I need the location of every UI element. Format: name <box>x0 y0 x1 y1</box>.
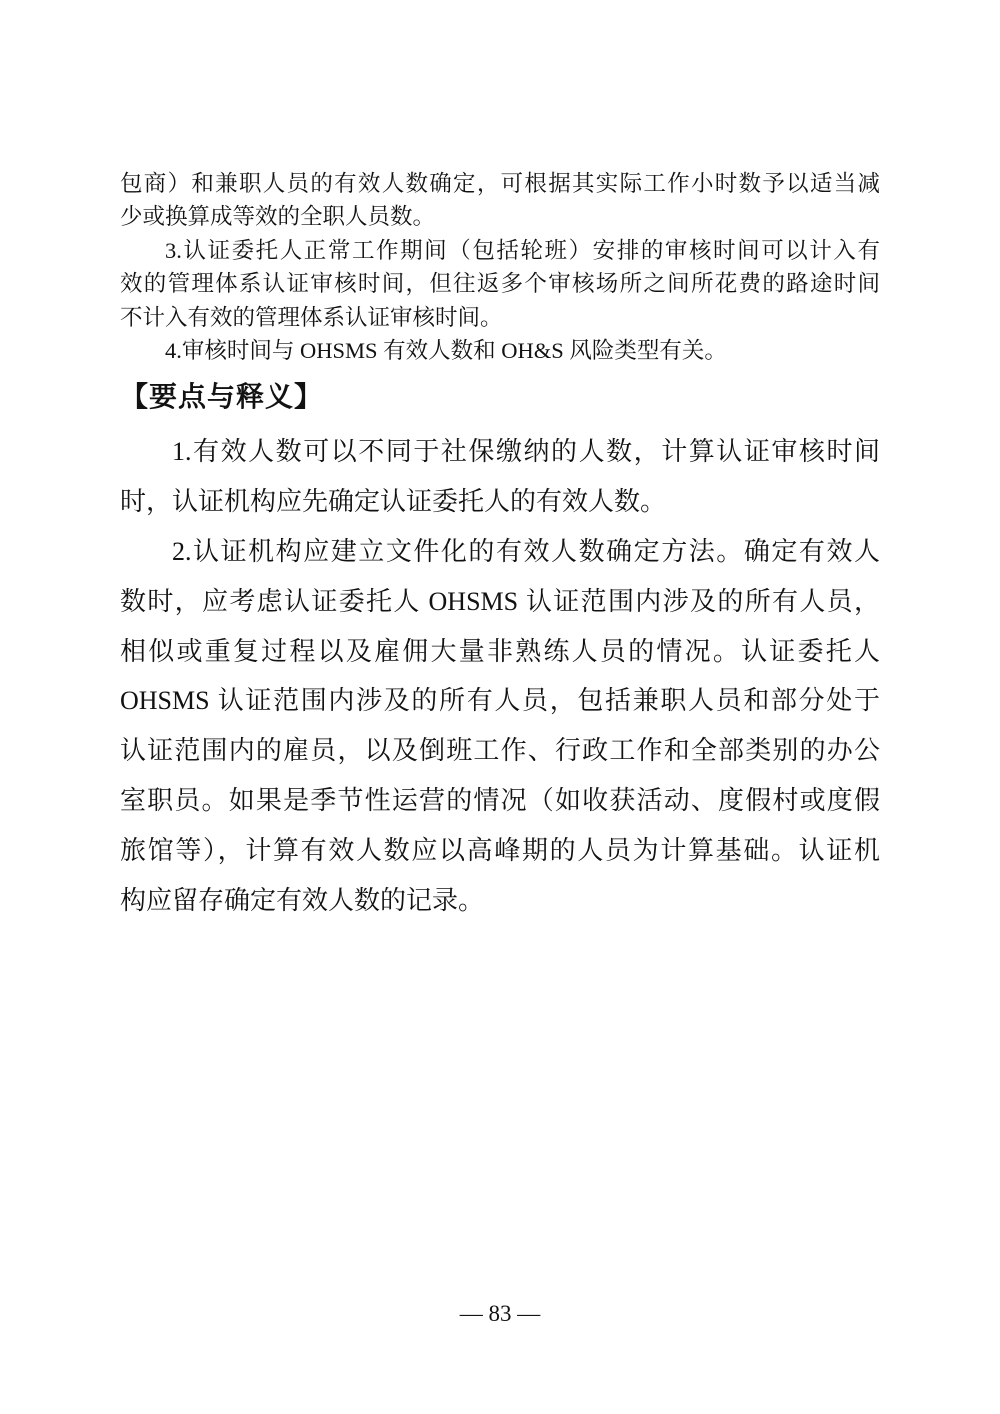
body-line: 效的管理体系认证审核时间，但往返多个审核场所之间所花费的路途时间 <box>120 267 880 300</box>
document-page: 包商）和兼职人员的有效人数确定，可根据其实际工作小时数予以适当减少或换算成等效的… <box>0 0 1000 1414</box>
body-line: 旅馆等），计算有效人数应以高峰期的人员为计算基础。认证机 <box>120 826 880 876</box>
body-line: 数时，应考虑认证委托人 OHSMS 认证范围内涉及的所有人员， <box>120 577 880 627</box>
body-line: OHSMS 认证范围内涉及的所有人员，包括兼职人员和部分处于 <box>120 676 880 726</box>
body-line: 3.认证委托人正常工作期间（包括轮班）安排的审核时间可以计入有 <box>120 234 880 267</box>
body-line: 相似或重复过程以及雇佣大量非熟练人员的情况。认证委托人 <box>120 627 880 677</box>
body-line: 少或换算成等效的全职人员数。 <box>120 200 880 233</box>
document-body: 包商）和兼职人员的有效人数确定，可根据其实际工作小时数予以适当减少或换算成等效的… <box>120 167 880 925</box>
body-line: 包商）和兼职人员的有效人数确定，可根据其实际工作小时数予以适当减 <box>120 167 880 200</box>
body-line: 室职员。如果是季节性运营的情况（如收获活动、度假村或度假 <box>120 776 880 826</box>
body-line: 4.审核时间与 OHSMS 有效人数和 OH&S 风险类型有关。 <box>120 334 880 367</box>
body-line: 时，认证机构应先确定认证委托人的有效人数。 <box>120 477 880 527</box>
body-line: 认证范围内的雇员，以及倒班工作、行政工作和全部类别的办公 <box>120 726 880 776</box>
body-line: 构应留存确定有效人数的记录。 <box>120 876 880 926</box>
body-line: 1.有效人数可以不同于社保缴纳的人数，计算认证审核时间 <box>120 427 880 477</box>
section-heading: 【要点与释义】 <box>120 375 880 419</box>
body-line: 不计入有效的管理体系认证审核时间。 <box>120 301 880 334</box>
body-line: 2.认证机构应建立文件化的有效人数确定方法。确定有效人 <box>120 527 880 577</box>
page-number: — 83 — <box>0 1297 1000 1330</box>
